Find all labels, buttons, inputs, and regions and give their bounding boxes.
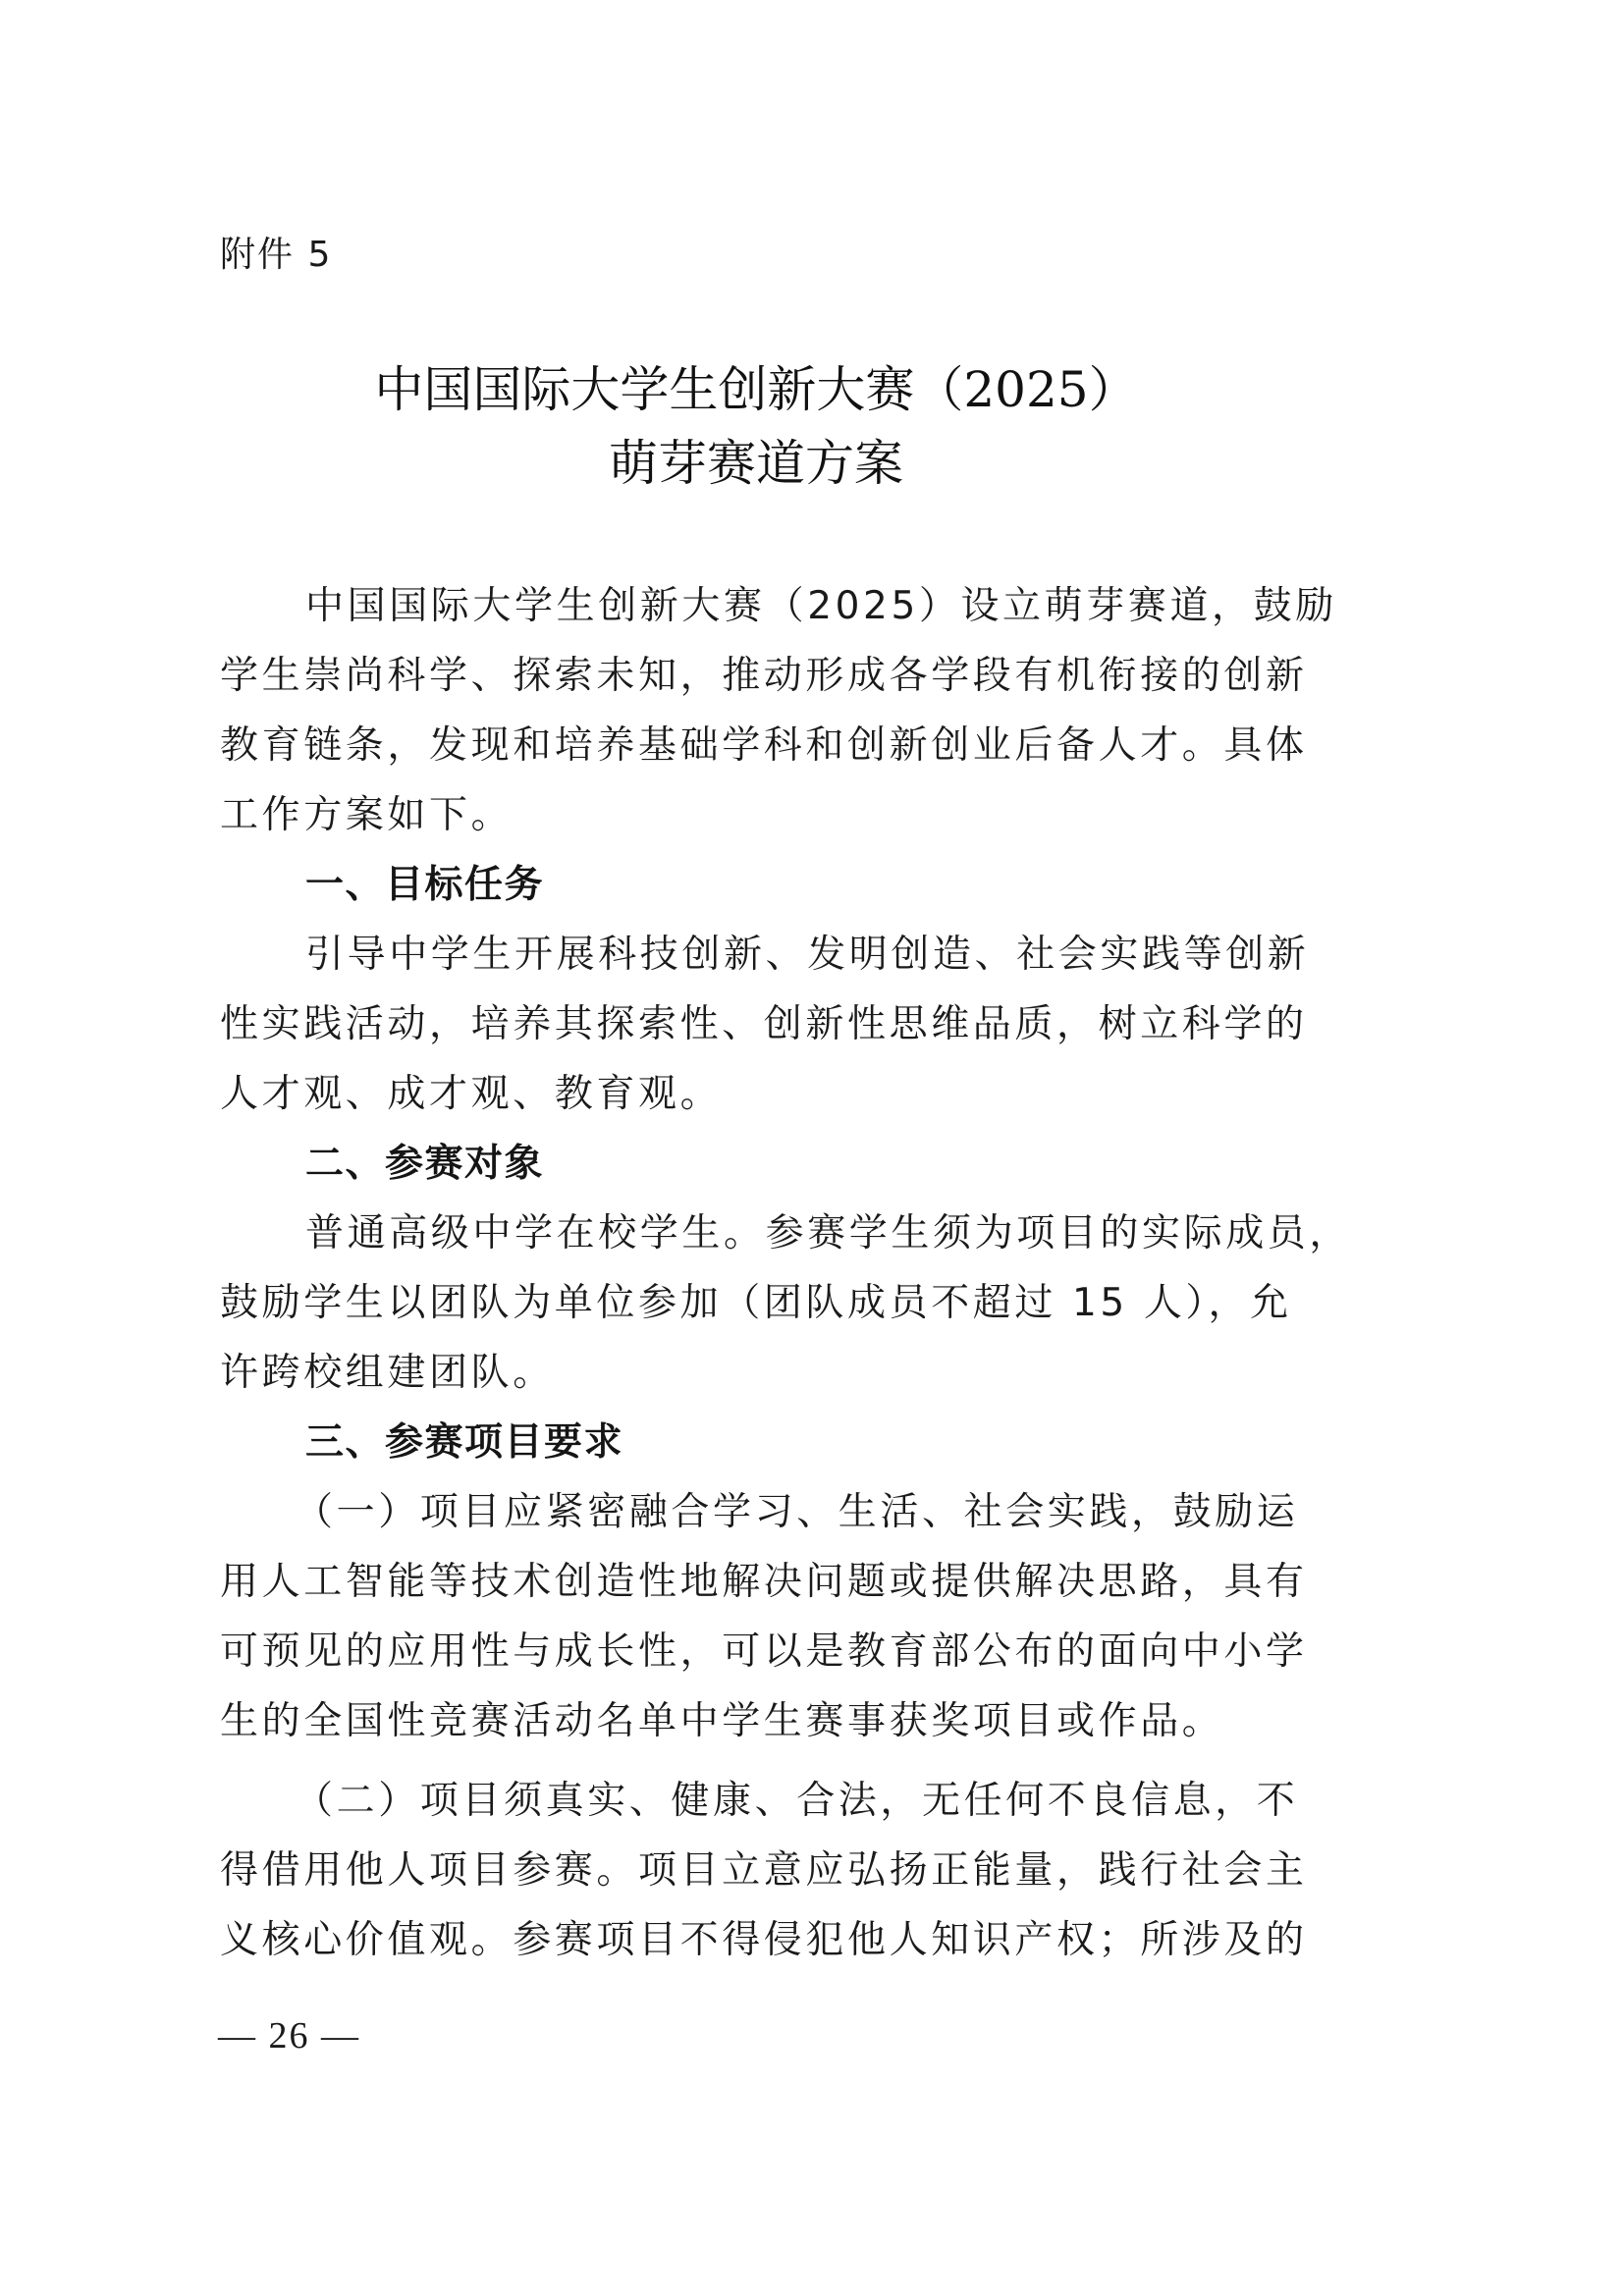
paragraph-line: （二）项目须真实、健康、合法，无任何不良信息，不 [295,1778,1298,1825]
document-title-line-2: 萌芽赛道方案 [0,434,1512,493]
section-heading: 二、参赛对象 [305,1141,544,1188]
paragraph-line: 性实践活动，培养其探索性、创新性思维品质，树立科学的 [220,1001,1308,1048]
page-number: — 26 — [218,2014,360,2057]
paragraph-line: 生的全国性竞赛活动名单中学生赛事获奖项目或作品。 [220,1698,1223,1745]
paragraph-line: 用人工智能等技术创造性地解决问题或提供解决思路，具有 [220,1559,1308,1606]
paragraph-line: 教育链条，发现和培养基础学科和创新创业后备人才。具体 [220,722,1308,770]
paragraph-line: 义核心价值观。参赛项目不得侵犯他人知识产权；所涉及的 [220,1917,1308,1964]
paragraph-line: 可预见的应用性与成长性，可以是教育部公布的面向中小学 [220,1629,1308,1676]
paragraph-line: 引导中学生开展科技创新、发明创造、社会实践等创新 [305,932,1309,979]
paragraph-line: 普通高级中学在校学生。参赛学生须为项目的实际成员， [305,1210,1351,1257]
paragraph-line: 中国国际大学生创新大赛（2025）设立萌芽赛道，鼓励 [305,583,1337,630]
section-heading: 一、目标任务 [305,862,544,909]
paragraph-line: 人才观、成才观、教育观。 [220,1071,722,1118]
paragraph-line: 鼓励学生以团队为单位参加（团队成员不超过 15 人），允 [220,1280,1292,1327]
paragraph-line: 学生崇尚科学、探索未知，推动形成各学段有机衔接的创新 [220,653,1308,700]
paragraph-line: （一）项目应紧密融合学习、生活、社会实践，鼓励运 [295,1489,1298,1536]
section-heading: 三、参赛项目要求 [305,1419,623,1467]
paragraph-line: 许跨校组建团队。 [220,1350,555,1397]
document-title-line-1: 中国国际大学生创新大赛（2025） [0,360,1512,419]
paragraph-line: 得借用他人项目参赛。项目立意应弘扬正能量，践行社会主 [220,1847,1308,1895]
paragraph-line: 工作方案如下。 [220,792,513,839]
attachment-label: 附件 5 [220,234,332,277]
